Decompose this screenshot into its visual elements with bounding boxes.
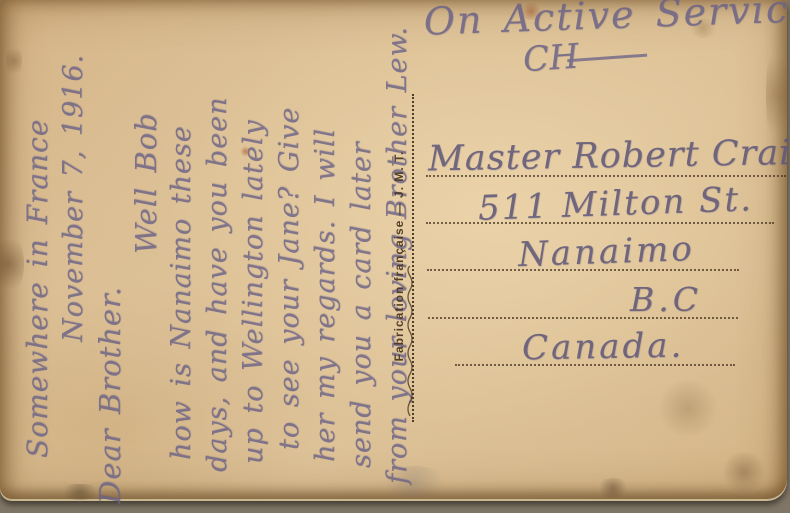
message-line-date: November 7, 1916.: [56, 2, 92, 510]
stain: [596, 478, 630, 498]
censor-initials: CH: [522, 32, 648, 81]
stain: [655, 380, 721, 436]
message-line: send you a card later: [344, 2, 380, 510]
message-line: to see your Jane? Give: [272, 2, 308, 510]
stain: [720, 452, 768, 492]
printed-maker-text: Fabrication française — J. M. T.: [392, 151, 406, 362]
message-line-greeting: Dear Brother.: [92, 2, 128, 510]
address-line-country: Canada.: [522, 326, 685, 369]
message-line: days, and have you been: [200, 2, 236, 510]
message-panel: Somewhere in France November 7, 1916. De…: [20, 2, 422, 510]
address-line-name: Master Robert Craig: [428, 133, 790, 180]
address-line-city: Nanaimo: [517, 229, 695, 275]
message-line: how is Nanaimo these: [164, 2, 200, 510]
wavy-underline-mark: [406, 266, 414, 416]
message-line-place: Somewhere in France: [20, 2, 56, 510]
address-line-province: B.C: [630, 280, 702, 319]
message-line: her my regards. I will: [308, 2, 344, 510]
photo-backdrop: Somewhere in France November 7, 1916. De…: [0, 0, 790, 513]
message-line: up to Wellington lately: [236, 2, 272, 510]
printed-maker-label: Fabrication française — J. M. T.: [392, 92, 414, 420]
message-line: Well Bob: [128, 2, 164, 510]
postcard-back: Somewhere in France November 7, 1916. De…: [0, 0, 787, 499]
